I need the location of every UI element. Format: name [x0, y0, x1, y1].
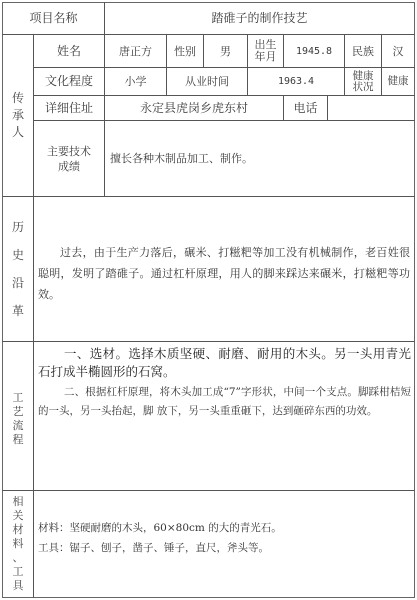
section-char: 沿: [12, 269, 24, 297]
work-since-value: 1963.4: [248, 68, 344, 95]
border-right: [414, 2, 415, 598]
heritage-form-page: 项目名称 踏碓子的制作技艺 传 承 人 姓名 唐正方 性别 男 出生 年月 19…: [0, 0, 417, 600]
section-char: 艺: [13, 405, 24, 419]
section-char: 传: [12, 90, 24, 107]
health-value: 健康: [382, 68, 414, 95]
border-bottom: [2, 597, 415, 598]
section-char: 材: [13, 523, 24, 537]
birth-value: 1945.8: [284, 35, 344, 67]
health-label-line1: 健康: [353, 71, 374, 82]
history-section-label: 历 史 沿 革: [3, 197, 33, 341]
section-char: 革: [12, 297, 24, 325]
birth-label-line2: 年月: [255, 51, 277, 63]
gender-value: 男: [204, 35, 247, 67]
row-line-process-end: [2, 490, 415, 491]
row-line-history-end: [2, 341, 415, 342]
address-label: 详细住址: [34, 96, 104, 120]
achievement-value: 擅长各种木制品加工、制作。: [110, 121, 410, 196]
materials-line: 材料：坚硬耐磨的木头，60×80cm 的大的青光石。: [38, 518, 410, 538]
history-text: 过去，由于生产力落后，碾米、打糍粑等加工没有机械制作，老百姓很聪明，发明了踏碓子…: [38, 242, 410, 305]
section-char: 工: [13, 391, 24, 405]
process-section-label: 工 艺 流 程: [3, 342, 33, 490]
phone-value: [328, 96, 414, 120]
process-step-1: 一、选材。选择木质坚硬、耐磨、耐用的木头。另一头用青光石打成半椭圆形的石窝。: [38, 345, 411, 381]
section-char: 流: [13, 419, 24, 433]
materials-section-label: 相 关 材 料 、 工 具: [3, 491, 33, 597]
birth-label: 出生 年月: [248, 35, 283, 67]
project-name-label: 项目名称: [3, 3, 104, 34]
address-value: 永定县虎岗乡虎东村: [105, 96, 283, 120]
ethnicity-label: 民族: [345, 35, 381, 67]
section-char: 工: [13, 565, 24, 579]
section-char: 相: [13, 495, 24, 509]
inheritor-section-label: 传 承 人: [3, 35, 33, 196]
project-name-value: 踏碓子的制作技艺: [105, 3, 414, 34]
section-char: 历: [12, 213, 24, 241]
process-step-2: 二、根据杠杆原理，将木头加工成“7”字形状，中间一个支点。脚踩柑桔短的一头，另一…: [38, 383, 411, 421]
section-char: 关: [13, 509, 24, 523]
section-char: 具: [13, 579, 24, 593]
section-char: 料: [13, 537, 24, 551]
health-label-line2: 状况: [353, 82, 374, 93]
achievement-label-line1: 主要技术: [47, 144, 91, 159]
section-char: 、: [13, 551, 24, 565]
ethnicity-value: 汉: [382, 35, 414, 67]
section-char: 程: [13, 433, 24, 447]
education-label: 文化程度: [34, 68, 104, 95]
row-line-inheritor-end: [2, 196, 415, 197]
section-char: 史: [12, 241, 24, 269]
name-label: 姓名: [34, 35, 104, 67]
section-char: 人: [12, 124, 24, 141]
section-char: 承: [12, 107, 24, 124]
health-label: 健康 状况: [345, 68, 381, 95]
achievement-label: 主要技术 成绩: [34, 121, 104, 196]
work-since-label: 从业时间: [167, 68, 247, 95]
achievement-label-line2: 成绩: [58, 159, 80, 174]
tools-line: 工具：锯子、刨子，凿子、锤子，直尺，斧头等。: [38, 538, 410, 558]
gender-label: 性别: [167, 35, 203, 67]
education-value: 小学: [105, 68, 166, 95]
name-value: 唐正方: [105, 35, 166, 67]
phone-label: 电话: [284, 96, 327, 120]
